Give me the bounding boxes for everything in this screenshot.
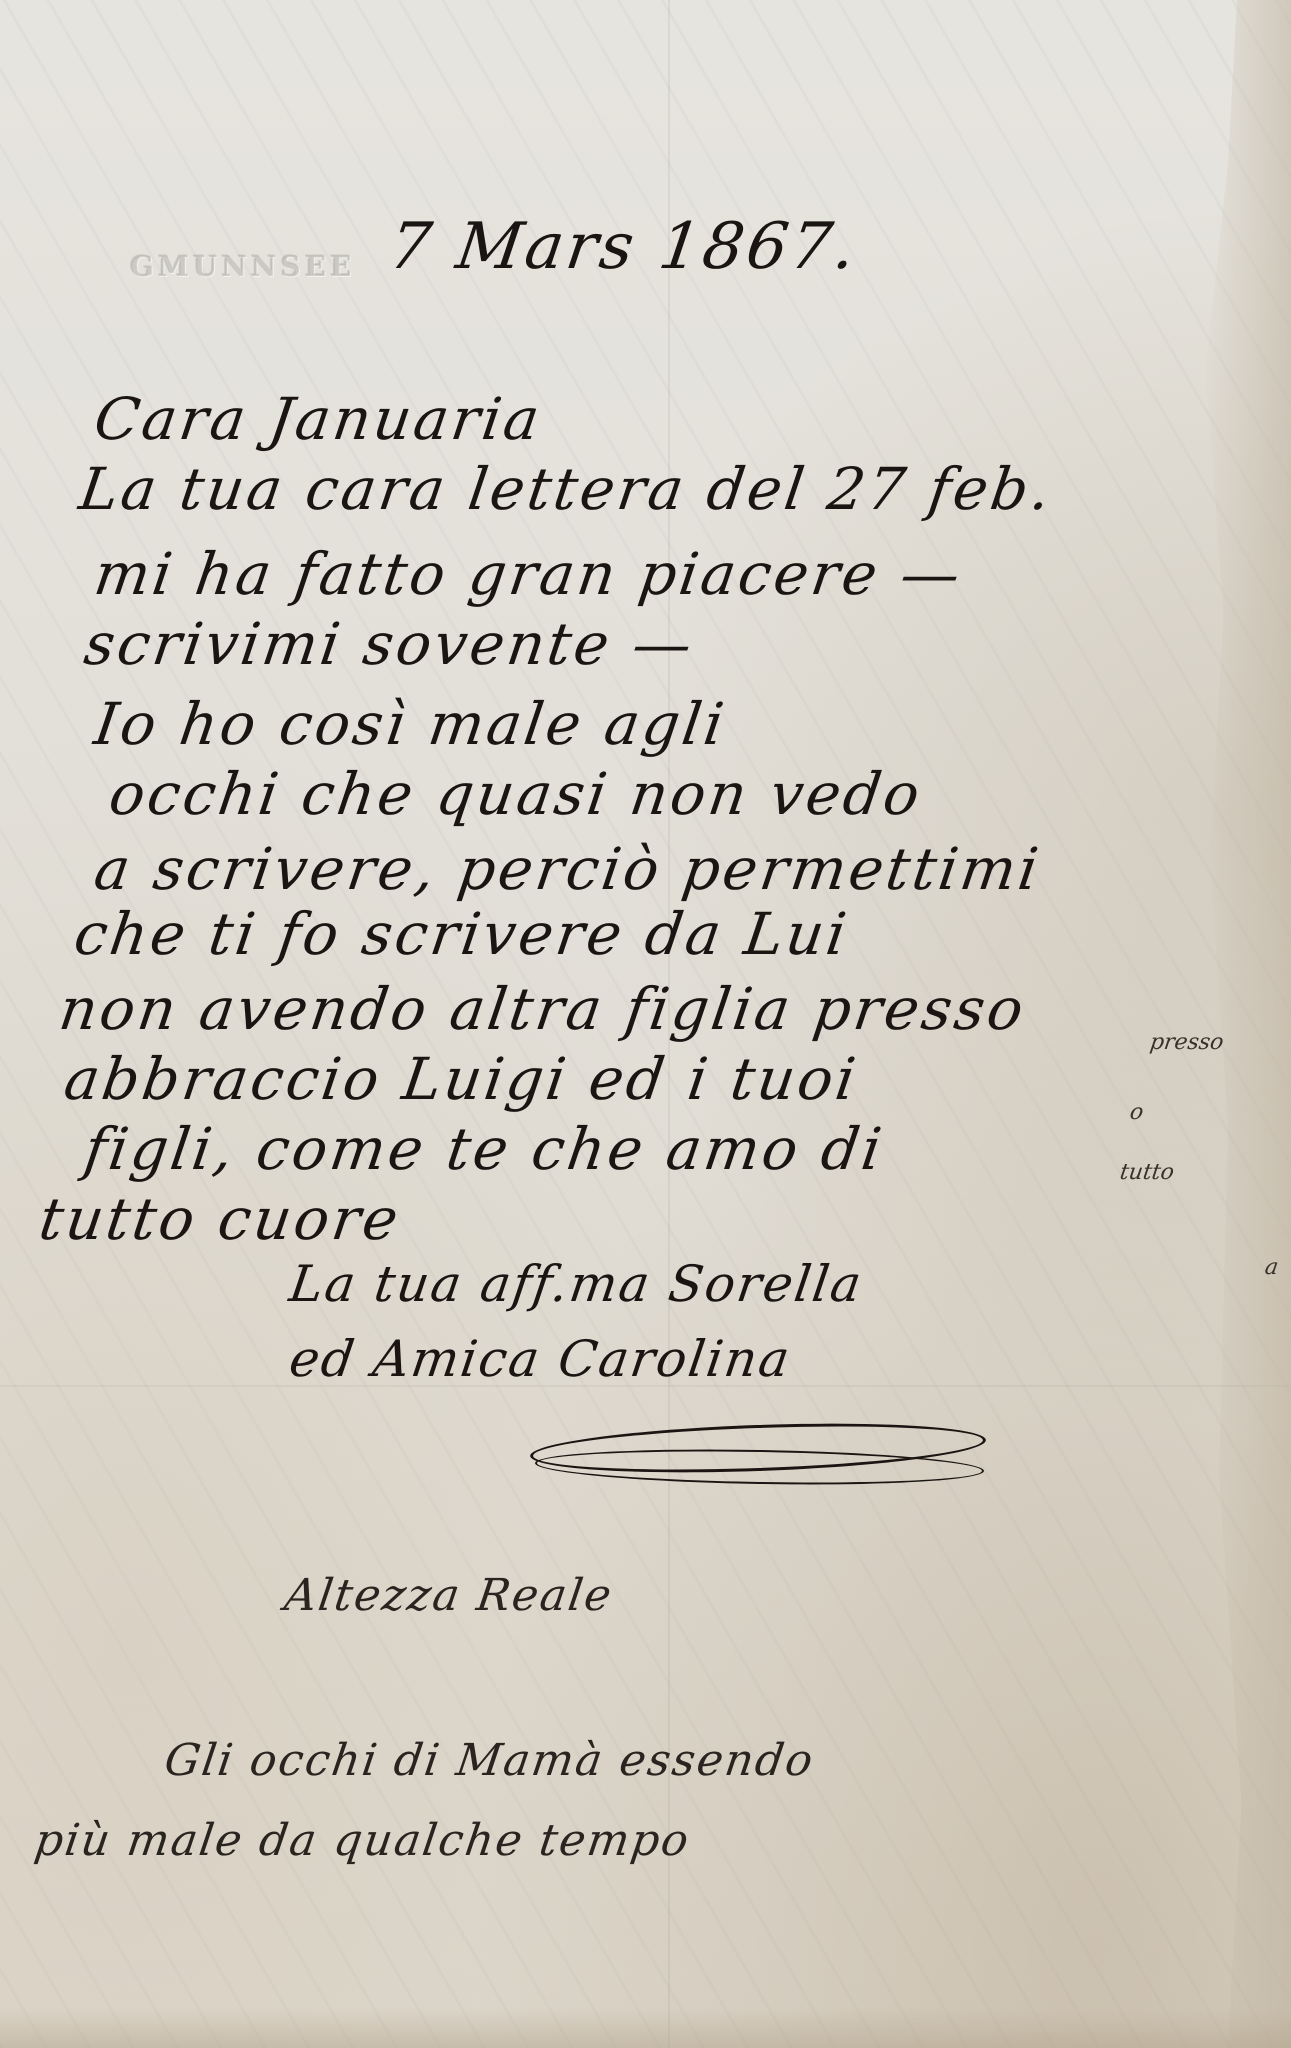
- postscript-line-2: più male da qualche tempo: [31, 1815, 693, 1866]
- letter-line-6: a scrivere, perciò permettimi: [90, 835, 1045, 903]
- letter-page: GMUNNSEE 7 Mars 1867. Cara Januaria La t…: [0, 0, 1291, 2048]
- letter-closing: La tua aff.ma Sorella: [286, 1255, 867, 1313]
- letter-line-1: La tua cara lettera del 27 feb.: [75, 455, 1057, 523]
- letter-date: 7 Mars 1867.: [385, 210, 863, 284]
- worn-bottom-edge: [0, 2008, 1291, 2048]
- letter-line-11: tutto cuore: [35, 1185, 405, 1253]
- letter-line-5: occhi che quasi non vedo: [105, 760, 926, 828]
- letter-salutation: Cara Januaria: [90, 385, 546, 453]
- letter-line-7: che ti fo scrivere da Lui: [70, 900, 853, 968]
- embossed-stamp: GMUNNSEE: [130, 250, 355, 283]
- letter-line-10: figli, come te che amo di: [80, 1115, 888, 1183]
- margin-note-2: o: [1128, 1100, 1145, 1125]
- letter-line-2: mi ha fatto gran piacere —: [90, 540, 967, 608]
- letter-line-3: scrivimi sovente —: [80, 610, 699, 678]
- postscript-salutation: Altezza Reale: [281, 1570, 616, 1621]
- letter-signature: ed Amica Carolina: [286, 1330, 795, 1388]
- letter-line-9: abbraccio Luigi ed i tuoi: [60, 1045, 862, 1113]
- letter-line-8: non avendo altra figlia presso: [55, 975, 1030, 1043]
- letter-line-4: Io ho così male agli: [90, 690, 730, 758]
- margin-note-3: tutto: [1118, 1160, 1175, 1185]
- margin-note-1: presso: [1148, 1030, 1225, 1055]
- postscript-line-1: Gli occhi di Mamà essendo: [161, 1735, 817, 1786]
- torn-right-edge: [1201, 0, 1291, 2048]
